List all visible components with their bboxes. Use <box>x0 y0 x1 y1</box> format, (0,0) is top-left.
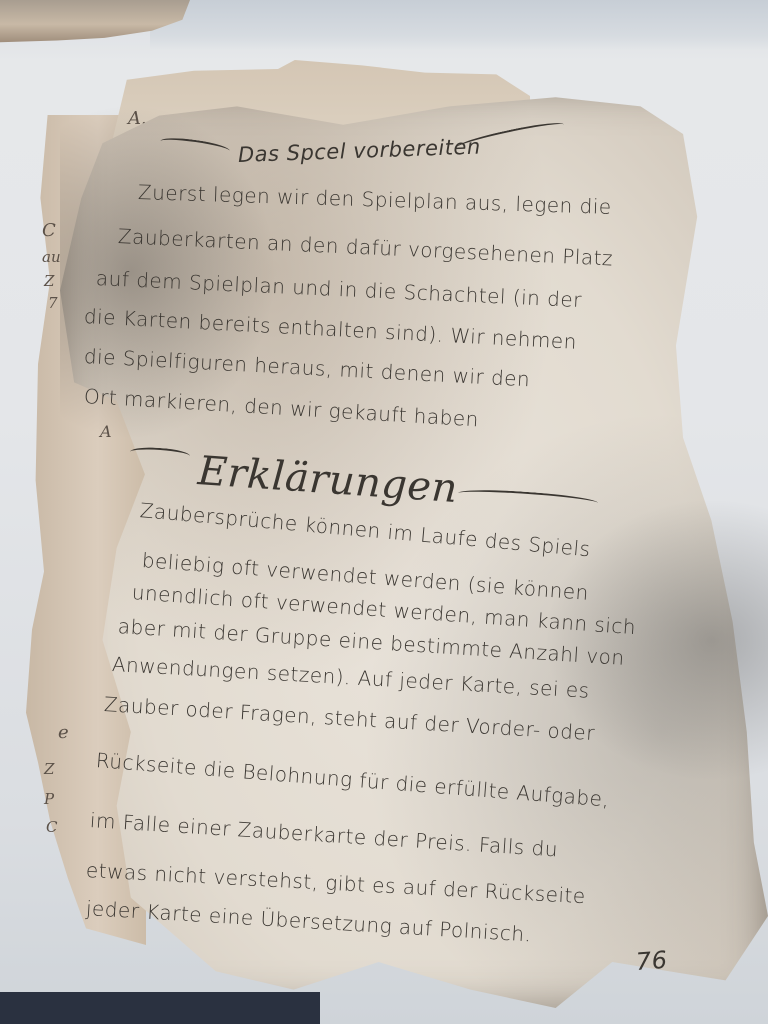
margin-fragment: Z <box>44 272 54 290</box>
margin-fragment: e <box>58 722 69 743</box>
margin-fragment: A <box>100 422 112 441</box>
page-number: 76 <box>635 946 668 976</box>
backdrop-dark-strip <box>0 992 320 1024</box>
margin-fragment: 7 <box>48 294 58 312</box>
margin-fragment: C <box>42 220 56 241</box>
backdrop-top-shadow <box>150 0 768 50</box>
margin-fragment: Z <box>44 760 54 778</box>
margin-fragment: au <box>42 248 61 266</box>
margin-fragment: P <box>44 790 54 808</box>
margin-fragment: C <box>46 818 57 836</box>
